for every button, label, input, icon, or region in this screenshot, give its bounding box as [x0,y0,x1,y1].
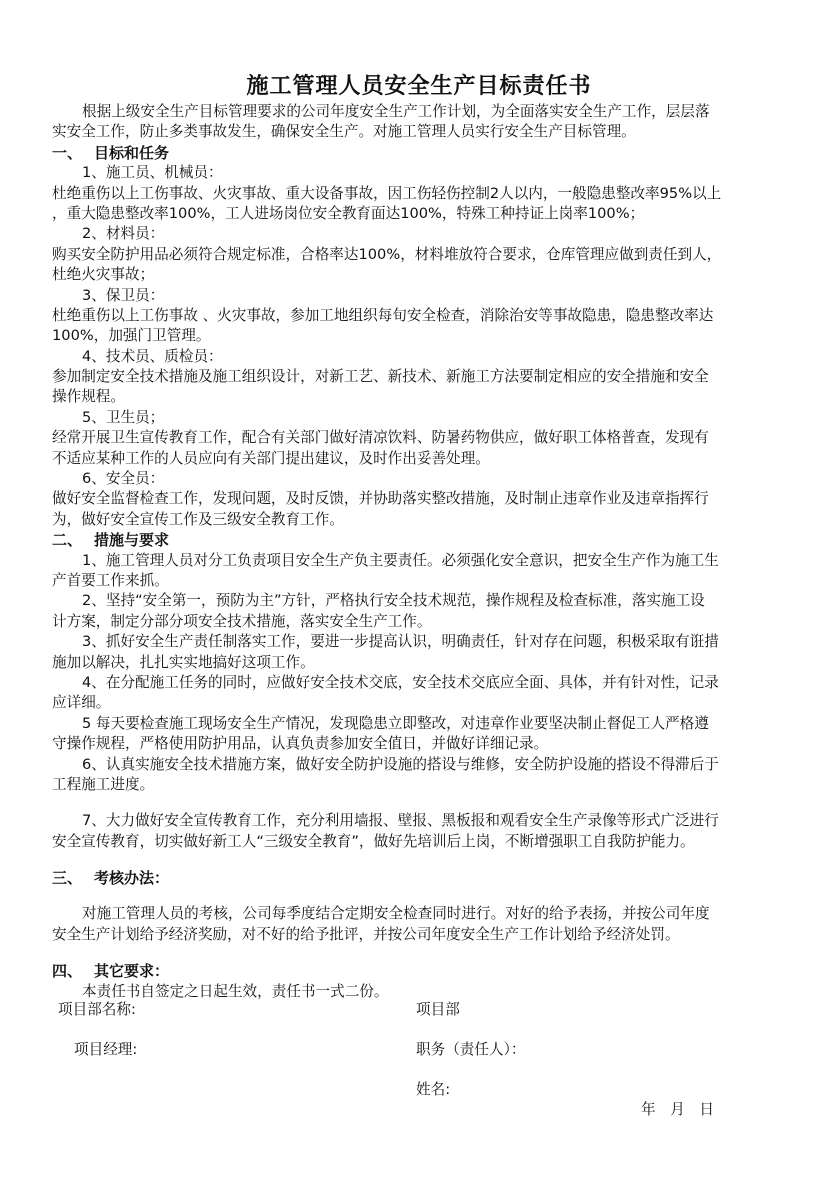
paragraph-line: 对施工管理人员的考核，公司每季度结合定期安全检查同时进行。对好的给予表扬，并按公… [52,904,782,924]
item-line: 操作规程。 [52,387,782,407]
paragraph-line: 应详细。 [52,693,782,713]
spacer [52,852,782,868]
item-line: 参加制定安全技术措施及施工组织设计，对新工艺、新技术、新施工方法要制定相应的安全… [52,367,782,387]
date-label: 年 月 日 [641,1100,714,1120]
position-label: 职务（责任人）： [416,1040,525,1060]
item-label: 4、技术员、质检员： [52,347,782,367]
intro-line: 根据上级安全生产目标管理要求的公司年度安全生产工作计划，为全面落实安全生产工作，… [52,102,782,122]
paragraph-line: 1、施工管理人员对分工负责项目安全生产负主要责任。必须强化安全意识，把安全生产作… [52,551,782,571]
document-title: 施工管理人员安全生产目标责任书 [0,72,838,100]
spacer [52,945,782,961]
paragraph-line: 7、大力做好安全宣传教育工作，充分利用墙报、壁报、黑板报和观看安全生产录像等形式… [52,811,782,831]
paragraph-line: 守操作规程，严格使用防护用品，认真负责参加安全值日，并做好详细记录。 [52,734,782,754]
item-line: 100%，加强门卫管理。 [52,326,782,346]
item-line: 为，做好安全宣传工作及三级安全教育工作。 [52,510,782,530]
paragraph-line: 本责任书自签定之日起生效，责任书一式二份。 [52,982,782,1002]
paragraph-line: 计方案，制定分部分项安全技术措施，落实安全生产工作。 [52,612,782,632]
item-label: 1、施工员、机械员： [52,163,782,183]
item-line: 经常开展卫生宣传教育工作，配合有关部门做好清凉饮料、防暑药物供应，做好职工体格普… [52,428,782,448]
paragraph-line: 工程施工进度。 [52,775,782,795]
item-line: 杜绝火灾事故； [52,265,782,285]
intro-paragraph: 根据上级安全生产目标管理要求的公司年度安全生产工作计划，为全面落实安全生产工作，… [52,102,782,1002]
item-label: 2、材料员： [52,224,782,244]
paragraph-line: 5 每天要检查施工现场安全生产情况，发现隐患立即整改，对违章作业要坚决制止督促工… [52,714,782,734]
paragraph-line: 6、认真实施安全技术措施方案，做好安全防护设施的搭设与维修，安全防护设施的搭设不… [52,755,782,775]
item-line: 不适应某种工作的人员应向有关部门提出建议，及时作出妥善处理。 [52,449,782,469]
project-manager-label: 项目经理: [74,1040,137,1060]
section-heading-2: 二、措施与要求 [52,530,782,550]
item-label: 3、保卫员： [52,286,782,306]
paragraph-line: 3、抓好安全生产责任制落实工作，要进一步提高认识，明确责任，针对存在问题，积极采… [52,632,782,652]
paragraph-line: 产首要工作来抓。 [52,571,782,591]
project-dept-label: 项目部 [416,1000,460,1020]
section-heading-1: 一、目标和任务 [52,143,782,163]
project-dept-name-label: 项目部名称: [58,1000,136,1020]
paragraph-line: 2、坚持“安全第一，预防为主”方针，严格执行安全技术规范，操作规程及检查标准，落… [52,591,782,611]
section-heading-4: 四、其它要求： [52,961,782,981]
item-line: 杜绝重伤以上工伤事故、火灾事故、重大设备事故，因工伤轻伤控制2人以内，一般隐患整… [52,184,782,204]
paragraph-line: 施加以解决，扎扎实实地搞好这项工作。 [52,653,782,673]
name-label: 姓名: [416,1080,450,1100]
paragraph-line: 安全生产计划给予经济奖励，对不好的给予批评，并按公司年度安全生产工作计划给予经济… [52,925,782,945]
item-line: ，重大隐患整改率100%，工人进场岗位安全教育面达100%，特殊工种持证上岗率1… [52,204,782,224]
intro-line: 实安全工作，防止多类事故发生，确保安全生产。对施工管理人员实行安全生产目标管理。 [52,122,782,142]
item-label: 5、卫生员； [52,408,782,428]
item-line: 购买安全防护用品必须符合规定标准，合格率达100%，材料堆放符合要求，仓库管理应… [52,245,782,265]
paragraph-line: 4、在分配施工任务的同时，应做好安全技术交底，安全技术交底应全面、具体，并有针对… [52,673,782,693]
item-line: 做好安全监督检查工作，发现问题，及时反馈，并协助落实整改措施，及时制止违章作业及… [52,489,782,509]
item-line: 杜绝重伤以上工伤事故 、火灾事故，参加工地组织每旬安全检查，消除治安等事故隐患，… [52,306,782,326]
spacer [52,888,782,904]
item-label: 6、安全员： [52,469,782,489]
spacer [52,795,782,811]
section-heading-3: 三、考核办法： [52,868,782,888]
paragraph-line: 安全宣传教育，切实做好新工人“三级安全教育”，做好先培训后上岗，不断增强职工自我… [52,832,782,852]
document-page: 施工管理人员安全生产目标责任书 根据上级安全生产目标管理要求的公司年度安全生产工… [0,0,838,1186]
